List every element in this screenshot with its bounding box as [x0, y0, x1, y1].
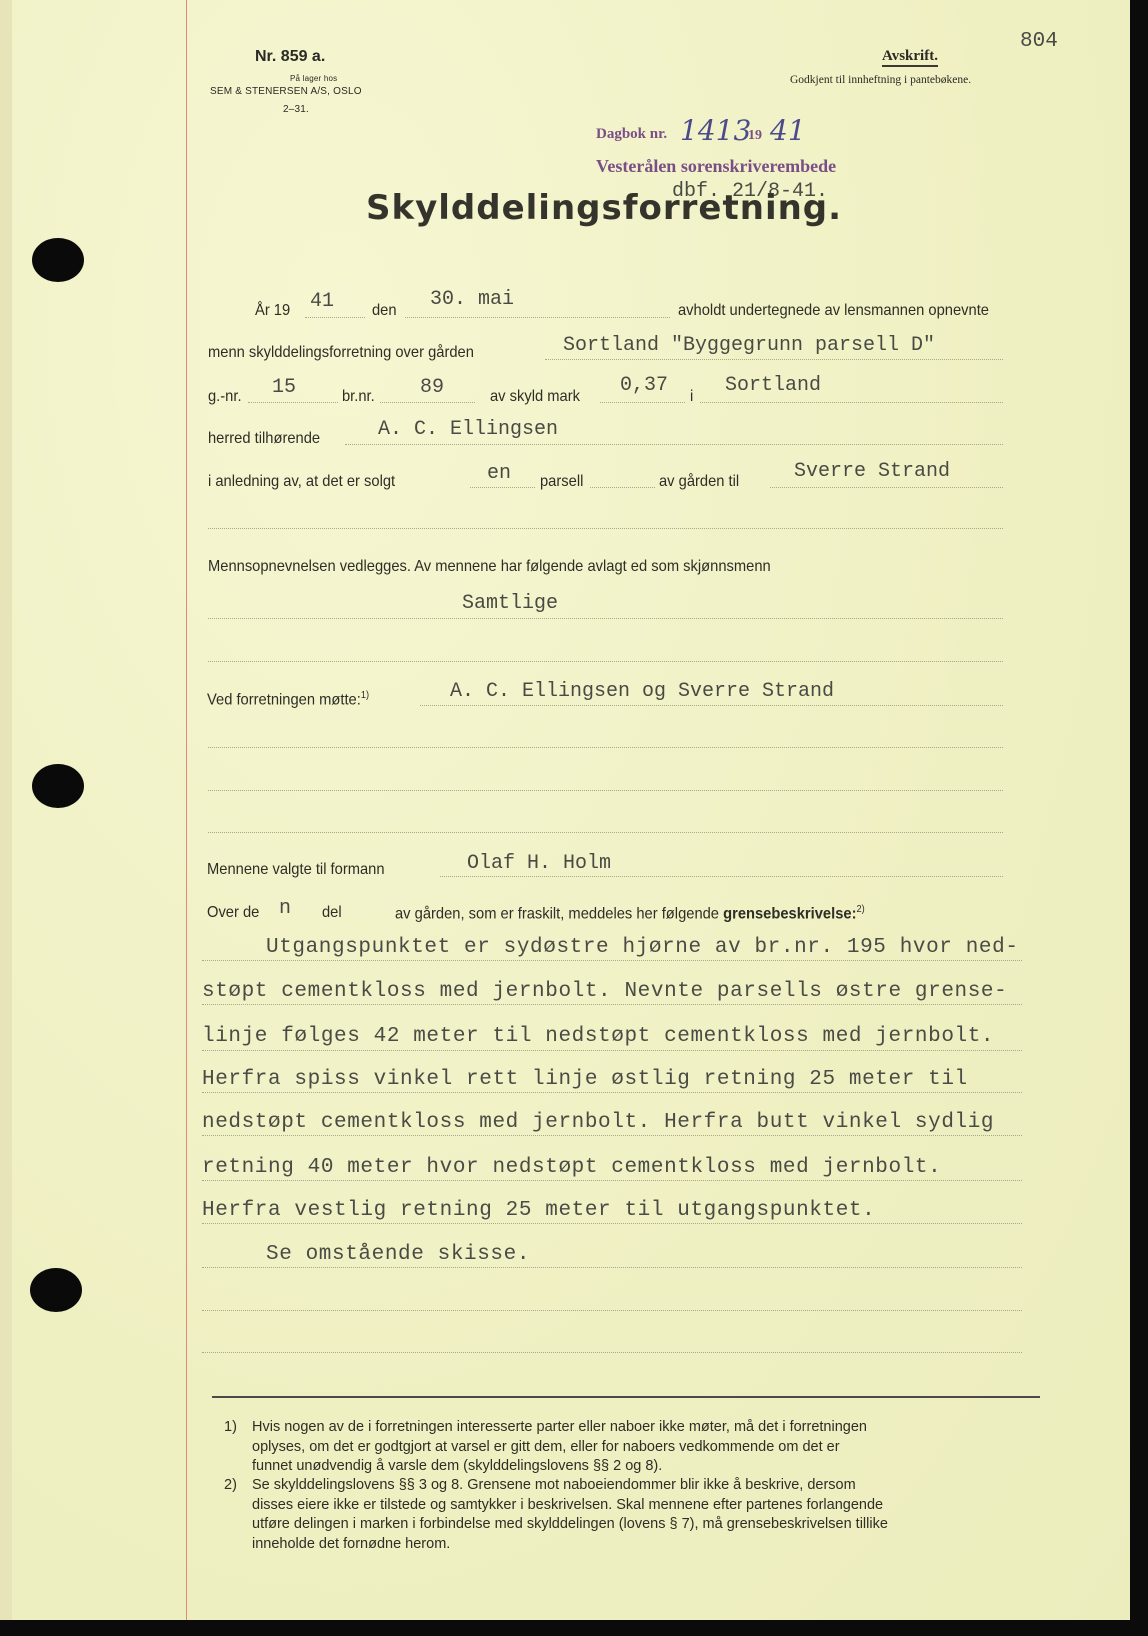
field-buyer: Sverre Strand — [794, 460, 950, 483]
field-count: en — [487, 462, 511, 485]
punch-hole — [32, 764, 84, 808]
footnote-mark: 2) — [224, 1476, 237, 1496]
boundary-line: retning 40 meter hvor nedstøpt cementklo… — [202, 1156, 941, 1179]
label-den: den — [372, 302, 397, 320]
field-gnr: 15 — [272, 376, 296, 399]
label-to: av gården til — [659, 473, 739, 491]
boundary-line: støpt cementkloss med jernbolt. Nevnte p… — [202, 980, 1007, 1003]
label-chairman: Mennene valgte til formann — [207, 861, 385, 879]
field-sworn: Samtlige — [462, 592, 558, 615]
paper-edge — [0, 0, 12, 1622]
punch-hole — [32, 238, 84, 282]
boundary-line: Utgangspunktet er sydøstre hjørne av br.… — [202, 936, 1019, 959]
label-gnr: g.-nr. — [208, 388, 242, 406]
page-number: 804 — [1020, 30, 1058, 53]
approval-text: Godkjent til innheftning i pantebøkene. — [790, 74, 971, 86]
label-bnr: br.nr. — [342, 388, 375, 406]
boundary-line: Herfra spiss vinkel rett linje østlig re… — [202, 1068, 968, 1091]
dagbok-number: 1413 — [680, 114, 751, 147]
footnote-2: Se skylddelingslovens §§ 3 og 8. Grensen… — [252, 1476, 888, 1554]
footnote-mark: 1) — [224, 1418, 237, 1438]
field-skyld: 0,37 — [620, 374, 668, 397]
scan-border — [1130, 0, 1148, 1636]
office-stamp: Vesterålen sorenskriverembede — [596, 156, 836, 177]
print-code: 2–31. — [283, 104, 309, 115]
form-number: Nr. 859 a. — [255, 48, 325, 66]
field-part: n — [279, 897, 291, 920]
document-page: Nr. 859 a. På lager hos SEM & STENERSEN … — [0, 0, 1130, 1622]
document-title: Skylddelingsforretning. — [366, 188, 842, 228]
dagbok-label: Dagbok nr. — [596, 126, 667, 143]
label-line1-rest: avholdt undertegnede av lensmannen opnev… — [678, 302, 989, 320]
label-del: del — [322, 904, 342, 922]
year-suffix: 41 — [770, 114, 806, 147]
copy-label: Avskrift. — [882, 48, 938, 67]
field-chairman: Olaf H. Holm — [467, 852, 611, 875]
scan-border — [0, 1620, 1148, 1636]
field-municipality: Sortland — [725, 374, 821, 397]
label-year: År 19 — [255, 302, 290, 320]
field-owner: A. C. Ellingsen — [378, 418, 558, 441]
punch-hole — [30, 1268, 82, 1312]
label-sold: i anledning av, at det er solgt — [208, 473, 395, 491]
field-attendance: A. C. Ellingsen og Sverre Strand — [450, 680, 834, 703]
boundary-line: nedstøpt cementkloss med jernbolt. Herfr… — [202, 1111, 994, 1134]
label-farm: menn skylddelingsforretning over gården — [208, 344, 474, 362]
margin-rule — [186, 0, 187, 1622]
label-owner: herred tilhørende — [208, 430, 320, 448]
label-i: i — [690, 388, 693, 406]
footnote-1: Hvis nogen av de i forretningen interess… — [252, 1418, 867, 1477]
publisher-name: SEM & STENERSEN A/S, OSLO — [210, 86, 362, 97]
boundary-line: linje følges 42 meter til nedstøpt cemen… — [202, 1025, 994, 1048]
field-farm: Sortland "Byggegrunn parsell D" — [563, 334, 935, 357]
label-appointment: Mennsopnevnelsen vedlegges. Av mennene h… — [208, 558, 771, 576]
field-bnr: 89 — [420, 376, 444, 399]
footnote-separator — [212, 1396, 1040, 1398]
publisher-line: På lager hos — [290, 74, 337, 83]
label-parsell: parsell — [540, 473, 583, 491]
year-prefix: 19 — [748, 128, 762, 144]
label-boundary-intro: av gården, som er fraskilt, meddeles her… — [395, 904, 865, 923]
field-year: 41 — [310, 290, 334, 313]
label-over-de: Over de — [207, 904, 259, 922]
label-attendance: Ved forretningen møtte:1) — [207, 690, 369, 709]
label-skyld: av skyld mark — [490, 388, 580, 406]
field-date: 30. mai — [430, 288, 514, 311]
boundary-line: Herfra vestlig retning 25 meter til utga… — [202, 1199, 875, 1222]
boundary-line: Se omstående skisse. — [202, 1243, 530, 1266]
